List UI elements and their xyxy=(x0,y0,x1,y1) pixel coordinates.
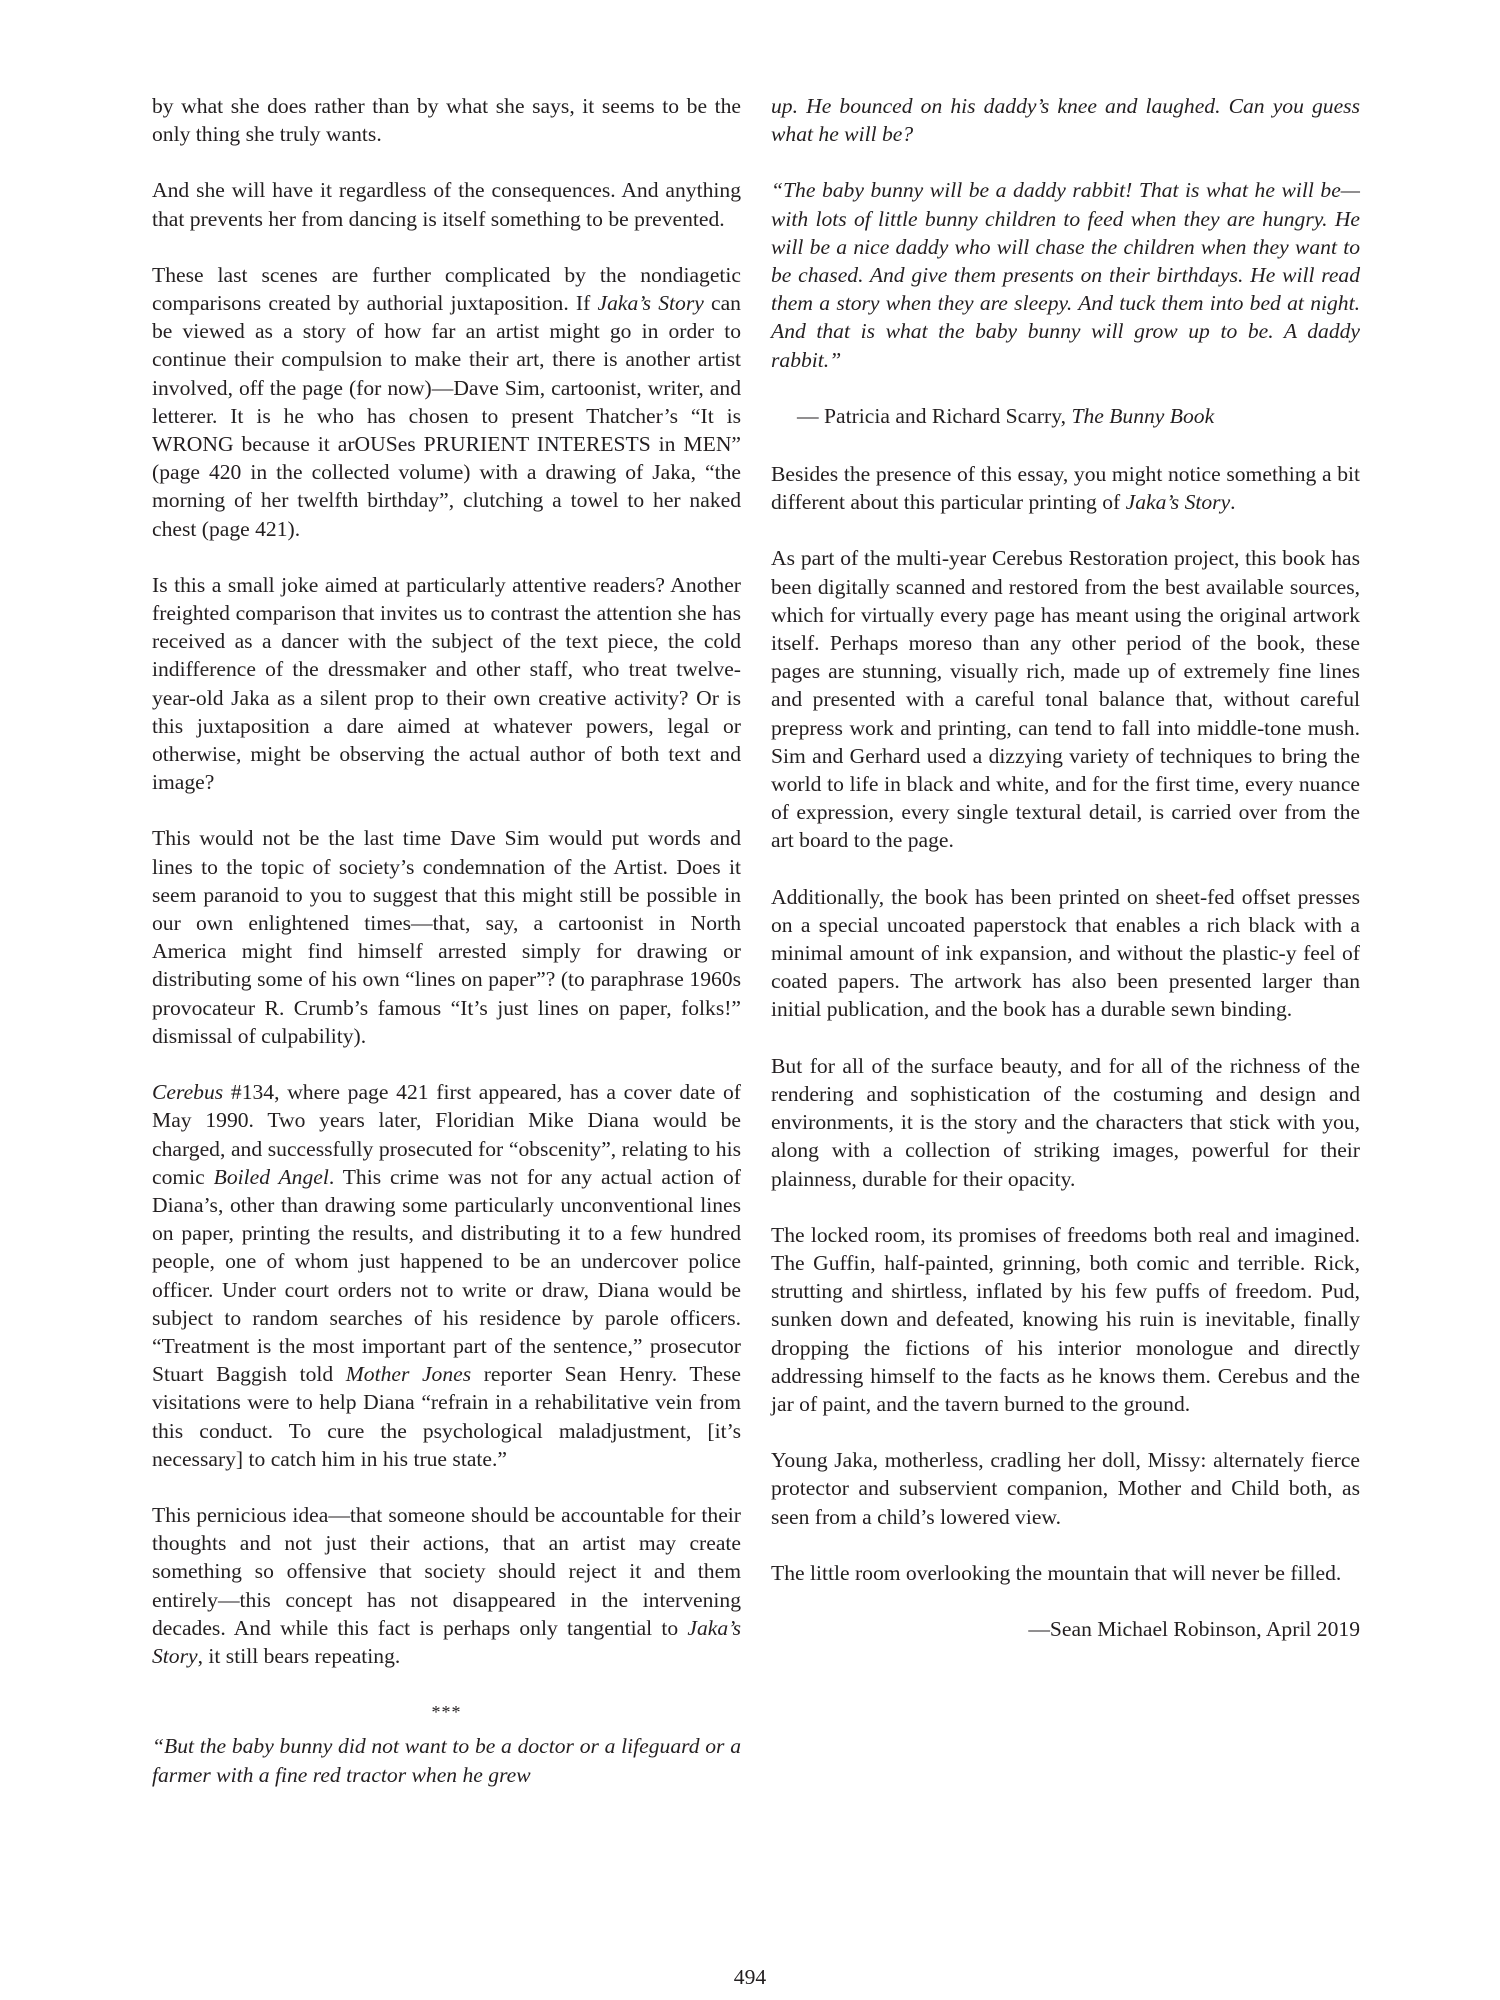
right-column: up. He bounced on his daddy’s knee and l… xyxy=(771,92,1360,1671)
text-run: . This crime was not for any actual acti… xyxy=(152,1165,741,1386)
paragraph: Additionally, the book has been printed … xyxy=(771,883,1360,1024)
paragraph: Young Jaka, motherless, cradling her dol… xyxy=(771,1446,1360,1531)
paragraph: And she will have it regardless of the c… xyxy=(152,176,741,232)
book-title: Jaka’s Story xyxy=(597,291,703,315)
comic-title: Boiled Angel xyxy=(214,1165,329,1189)
block-quote: “The baby bunny will be a daddy rabbit! … xyxy=(771,176,1360,373)
paragraph: by what she does rather than by what she… xyxy=(152,92,741,148)
left-column: by what she does rather than by what she… xyxy=(152,92,741,1817)
attribution-authors: — Patricia and Richard Scarry, xyxy=(797,404,1071,428)
section-separator: *** xyxy=(152,1698,741,1726)
paragraph: As part of the multi-year Cerebus Restor… xyxy=(771,544,1360,854)
paragraph: These last scenes are further complicate… xyxy=(152,261,741,543)
text-run: , it still bears repeating. xyxy=(198,1644,401,1668)
text-run: can be viewed as a story of how far an a… xyxy=(152,291,741,541)
paragraph: This would not be the last time Dave Sim… xyxy=(152,824,741,1050)
paragraph: The locked room, its promises of freedom… xyxy=(771,1221,1360,1418)
paragraph: Cerebus #134, where page 421 first appea… xyxy=(152,1078,741,1473)
quote-attribution: — Patricia and Richard Scarry, The Bunny… xyxy=(771,402,1360,430)
text-run: This pernicious idea—that someone should… xyxy=(152,1503,741,1640)
paragraph: Is this a small joke aimed at particular… xyxy=(152,571,741,797)
paragraph: This pernicious idea—that someone should… xyxy=(152,1501,741,1670)
page-number: 494 xyxy=(0,1965,1500,1990)
book-title: Jaka’s Story xyxy=(1126,490,1231,514)
text-run: Besides the presence of this essay, you … xyxy=(771,462,1360,514)
author-signature: —Sean Michael Robinson, April 2019 xyxy=(771,1615,1360,1643)
magazine-title: Mother Jones xyxy=(346,1362,471,1386)
block-quote: “But the baby bunny did not want to be a… xyxy=(152,1732,741,1788)
paragraph: The little room overlooking the mountain… xyxy=(771,1559,1360,1587)
paragraph: But for all of the surface beauty, and f… xyxy=(771,1052,1360,1193)
text-run: . xyxy=(1230,490,1235,514)
paragraph: Besides the presence of this essay, you … xyxy=(771,460,1360,516)
block-quote: up. He bounced on his daddy’s knee and l… xyxy=(771,92,1360,148)
comic-title: Cerebus xyxy=(152,1080,223,1104)
book-title: The Bunny Book xyxy=(1071,404,1214,428)
